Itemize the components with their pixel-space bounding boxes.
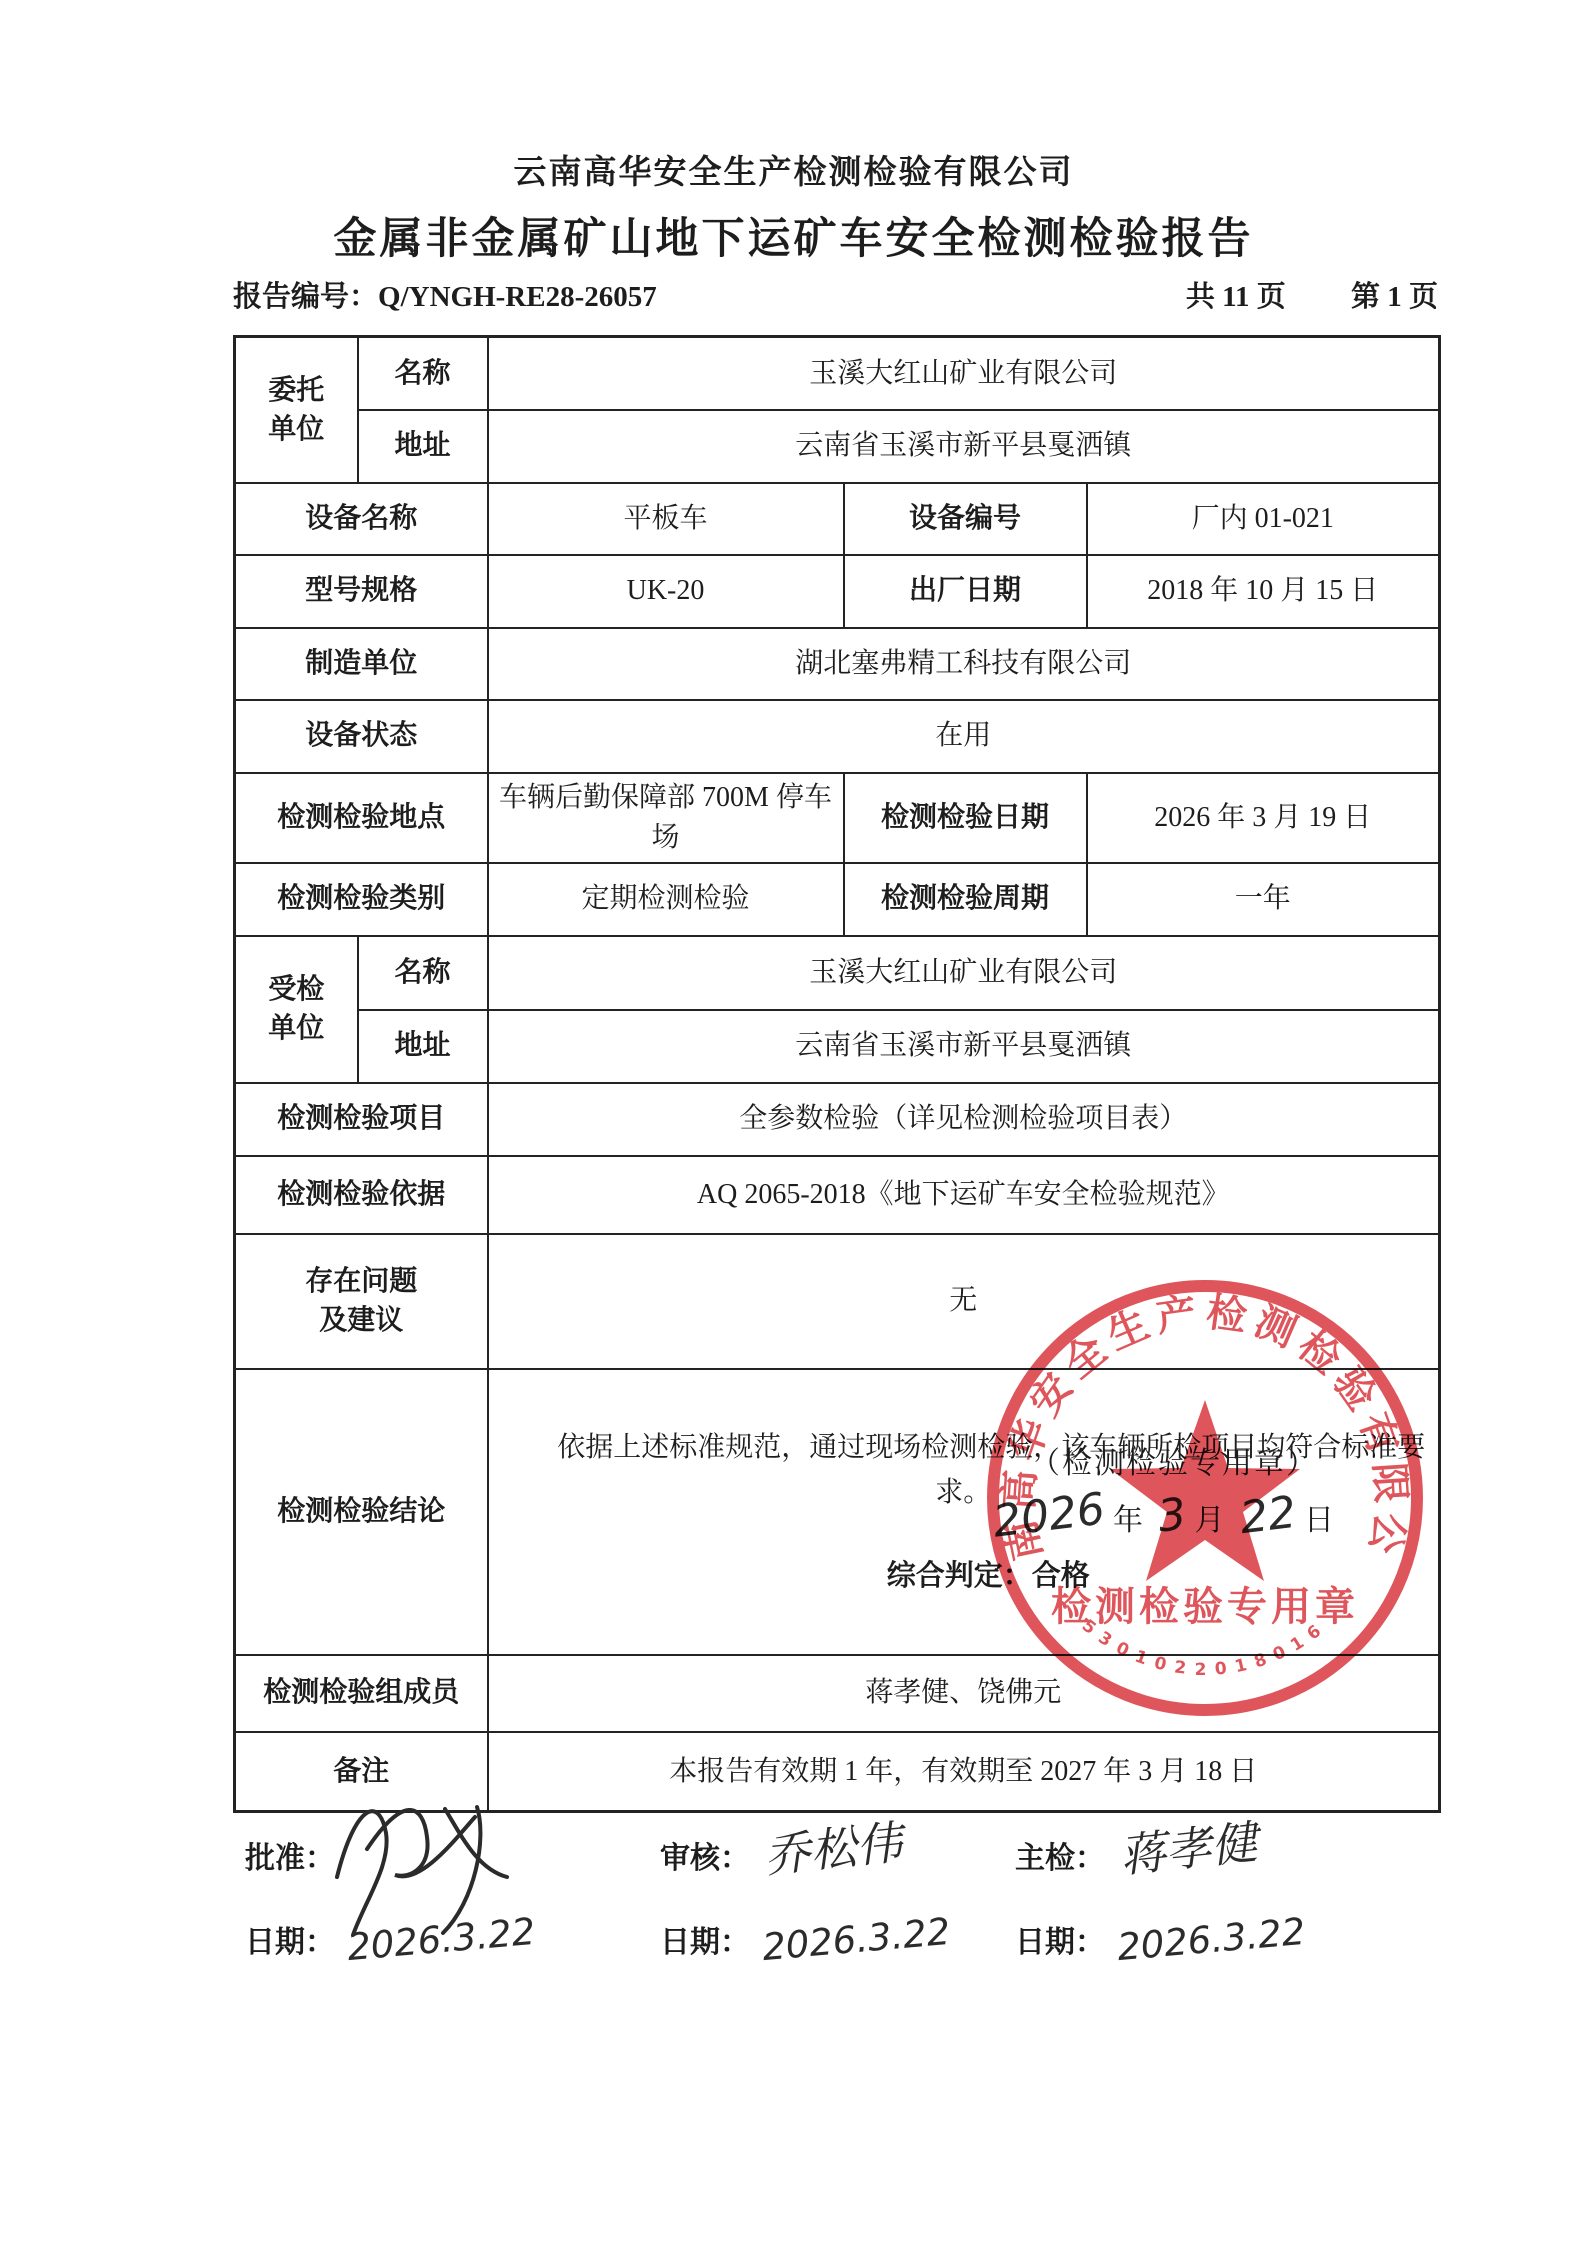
- model-label: 型号规格: [235, 555, 488, 628]
- table-row: 设备状态 在用: [235, 700, 1440, 773]
- approve-date-value: 2026.3.22: [345, 1909, 536, 1968]
- entrust-group-label: 委托 单位: [235, 337, 358, 483]
- type-label: 检测检验类别: [235, 863, 488, 936]
- table-row: 检测检验依据 AQ 2065-2018《地下运矿车安全检验规范》: [235, 1156, 1440, 1234]
- review-signature: 乔松伟: [761, 1806, 905, 1886]
- inspected-addr-value: 云南省玉溪市新平县戛洒镇: [488, 1010, 1440, 1083]
- page-current: 第 1 页: [1351, 281, 1438, 313]
- remark-value: 本报告有效期 1 年，有效期至 2027 年 3 月 18 日: [488, 1732, 1440, 1812]
- approve-date-row: 日期： 2026.3.22: [245, 1897, 535, 1981]
- device-name-value: 平板车: [488, 483, 844, 555]
- table-row: 地址 云南省玉溪市新平县戛洒镇: [235, 410, 1440, 483]
- chief-label: 主检：: [1015, 1833, 1105, 1877]
- status-value: 在用: [488, 700, 1440, 773]
- device-no-label: 设备编号: [844, 483, 1087, 555]
- chief-signature: 蒋孝健: [1116, 1806, 1260, 1886]
- review-block: 审核： 乔松伟 日期： 2026.3.22: [660, 1813, 950, 1981]
- table-row: 型号规格 UK-20 出厂日期 2018 年 10 月 15 日: [235, 555, 1440, 628]
- chief-date-label: 日期：: [1015, 1917, 1105, 1961]
- status-label: 设备状态: [235, 700, 488, 773]
- review-label: 审核：: [660, 1833, 750, 1877]
- table-row: 检测检验项目 全参数检验（详见检测检验项目表）: [235, 1083, 1440, 1156]
- table-row: 设备名称 平板车 设备编号 厂内 01-021: [235, 483, 1440, 555]
- pages-total: 共 11 页: [1186, 281, 1286, 313]
- device-name-label: 设备名称: [235, 483, 488, 555]
- entrust-name-label: 名称: [358, 337, 488, 410]
- table-row: 检测检验地点 车辆后勤保障部 700M 停车场 检测检验日期 2026 年 3 …: [235, 773, 1440, 863]
- type-value: 定期检测检验: [488, 863, 844, 936]
- insp-date-value: 2026 年 3 月 19 日: [1087, 773, 1440, 863]
- place-value: 车辆后勤保障部 700M 停车场: [488, 773, 844, 863]
- page-info: 共 11 页 第 1 页: [1128, 274, 1438, 315]
- table-row: 地址 云南省玉溪市新平县戛洒镇: [235, 1010, 1440, 1083]
- table-row: 制造单位 湖北塞弗精工科技有限公司: [235, 628, 1440, 700]
- review-date-label: 日期：: [660, 1917, 750, 1961]
- table-row: 受检 单位 名称 玉溪大红山矿业有限公司: [235, 936, 1440, 1010]
- review-row: 审核： 乔松伟: [660, 1813, 950, 1897]
- report-page: 云南高华安全生产检测检验有限公司 金属非金属矿山地下运矿车安全检测检验报告 报告…: [0, 0, 1587, 2244]
- cycle-value: 一年: [1087, 863, 1440, 936]
- approve-label: 批准：: [245, 1833, 335, 1877]
- review-date-value: 2026.3.22: [760, 1909, 951, 1968]
- place-label: 检测检验地点: [235, 773, 488, 863]
- mfg-date-value: 2018 年 10 月 15 日: [1087, 555, 1440, 628]
- inspected-name-value: 玉溪大红山矿业有限公司: [488, 936, 1440, 1010]
- entrust-name-value: 玉溪大红山矿业有限公司: [488, 337, 1440, 410]
- seal-star-icon: [1110, 1400, 1300, 1581]
- items-value: 全参数检验（详见检测检验项目表）: [488, 1083, 1440, 1156]
- inspected-name-label: 名称: [358, 936, 488, 1010]
- mfg-date-label: 出厂日期: [844, 555, 1087, 628]
- table-row: 委托 单位 名称 玉溪大红山矿业有限公司: [235, 337, 1440, 410]
- cycle-label: 检测检验周期: [844, 863, 1087, 936]
- inspected-group-label: 受检 单位: [235, 936, 358, 1083]
- basis-label: 检测检验依据: [235, 1156, 488, 1234]
- company-name: 云南高华安全生产检测检验有限公司: [0, 0, 1587, 193]
- maker-value: 湖北塞弗精工科技有限公司: [488, 628, 1440, 700]
- chief-block: 主检： 蒋孝健 日期： 2026.3.22: [1015, 1813, 1305, 1981]
- report-number-label: 报告编号：: [233, 281, 378, 313]
- approve-block: 批准： 日期： 2026.3.22: [245, 1813, 535, 1981]
- entrust-addr-value: 云南省玉溪市新平县戛洒镇: [488, 410, 1440, 483]
- insp-date-label: 检测检验日期: [844, 773, 1087, 863]
- signature-footer: 批准： 日期： 2026.3.22 审核： 乔松伟 日期： 2026.3.22: [233, 1813, 1438, 2043]
- table-row: 检测检验类别 定期检测检验 检测检验周期 一年: [235, 863, 1440, 936]
- inspection-seal: 云南高华安全生产检测检验有限公司 检测检验专用章 5301022018016: [975, 1268, 1435, 1728]
- chief-date-value: 2026.3.22: [1115, 1909, 1306, 1968]
- model-value: UK-20: [488, 555, 844, 628]
- device-no-value: 厂内 01-021: [1087, 483, 1440, 555]
- inspected-addr-label: 地址: [358, 1010, 488, 1083]
- approve-date-label: 日期：: [245, 1917, 335, 1961]
- report-number-value: Q/YNGH-RE28-26057: [378, 281, 657, 313]
- entrust-addr-label: 地址: [358, 410, 488, 483]
- report-title: 金属非金属矿山地下运矿车安全检测检验报告: [0, 205, 1587, 266]
- conclusion-label: 检测检验结论: [235, 1369, 488, 1655]
- problems-label: 存在问题 及建议: [235, 1234, 488, 1369]
- team-label: 检测检验组成员: [235, 1655, 488, 1732]
- chief-row: 主检： 蒋孝健: [1015, 1813, 1305, 1897]
- approve-row: 批准：: [245, 1813, 535, 1897]
- basis-value: AQ 2065-2018《地下运矿车安全检验规范》: [488, 1156, 1440, 1234]
- report-number: 报告编号：Q/YNGH-RE28-26057: [233, 274, 657, 315]
- report-meta-line: 报告编号：Q/YNGH-RE28-26057 共 11 页 第 1 页: [233, 274, 1438, 315]
- review-date-row: 日期： 2026.3.22: [660, 1897, 950, 1981]
- items-label: 检测检验项目: [235, 1083, 488, 1156]
- maker-label: 制造单位: [235, 628, 488, 700]
- chief-date-row: 日期： 2026.3.22: [1015, 1897, 1305, 1981]
